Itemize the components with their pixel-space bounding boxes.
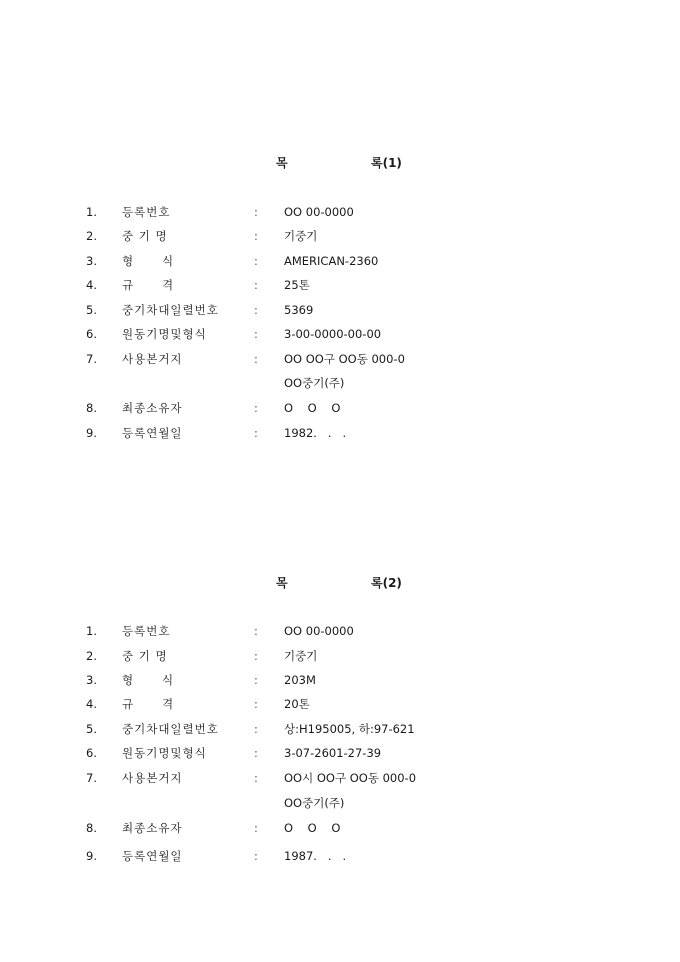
list-item: 5. 중기차대일렬번호 : 상:H195005, 하:97-621 [0, 719, 680, 739]
item-value: OO시 OO구 OO동 000-0 [284, 768, 416, 788]
item-number: 2. [86, 646, 97, 666]
item-number: 6. [86, 324, 97, 344]
list-item: 3. 형 식 : AMERICAN-2360 [0, 251, 680, 271]
list-item: 2. 중 기 명 : 기중기 [0, 646, 680, 666]
item-value: AMERICAN-2360 [284, 251, 378, 271]
item-value: O O O [284, 818, 340, 838]
colon: : [254, 300, 258, 320]
item-label: 원동기명및형식 [122, 743, 207, 763]
item-value: 203M [284, 670, 316, 690]
item-value: 20톤 [284, 694, 310, 714]
item-value-line2: OO중기(주) [284, 373, 344, 393]
item-value: OO 00-0000 [284, 621, 354, 641]
item-number: 7. [86, 349, 97, 369]
item-number: 2. [86, 226, 97, 246]
list-item: 4. 규 격 : 20톤 [0, 694, 680, 714]
list-item: 9. 등록연월일 : 1987. . . [0, 846, 680, 866]
colon: : [254, 743, 258, 763]
item-number: 1. [86, 202, 97, 222]
item-number: 9. [86, 423, 97, 443]
list-item: 7. 사용본거지 : OO시 OO구 OO동 000-0 [0, 768, 680, 788]
item-number: 4. [86, 694, 97, 714]
colon: : [254, 818, 258, 838]
list-item: 7. 사용본거지 : OO OO구 OO동 000-0 [0, 349, 680, 369]
item-label: 최종소유자 [122, 398, 183, 418]
colon: : [254, 621, 258, 641]
item-value: 5369 [284, 300, 313, 320]
item-label: 형 식 [122, 251, 174, 271]
item-label: 등록번호 [122, 621, 170, 641]
colon: : [254, 251, 258, 271]
item-label: 규 격 [122, 694, 174, 714]
item-label: 등록번호 [122, 202, 170, 222]
colon: : [254, 324, 258, 344]
item-value: 기중기 [284, 226, 317, 246]
colon: : [254, 646, 258, 666]
list-item: 6. 원동기명및형식 : 3-07-2601-27-39 [0, 743, 680, 763]
item-label: 등록연월일 [122, 423, 183, 443]
item-label: 규 격 [122, 275, 174, 295]
item-label: 사용본거지 [122, 349, 183, 369]
colon: : [254, 349, 258, 369]
list-item: 5. 중기차대일렬번호 : 5369 [0, 300, 680, 320]
list-item: 6. 원동기명및형식 : 3-00-0000-00-00 [0, 324, 680, 344]
title-left: 목 [276, 574, 288, 591]
item-value: O O O [284, 398, 340, 418]
colon: : [254, 768, 258, 788]
colon: : [254, 846, 258, 866]
list-item: 4. 규 격 : 25톤 [0, 275, 680, 295]
item-value: OO 00-0000 [284, 202, 354, 222]
item-value: 1987. . . [284, 846, 346, 866]
item-value: 25톤 [284, 275, 310, 295]
list-item: 8. 최종소유자 : O O O [0, 818, 680, 838]
item-label: 최종소유자 [122, 818, 183, 838]
item-label: 사용본거지 [122, 768, 183, 788]
item-number: 3. [86, 251, 97, 271]
item-number: 8. [86, 818, 97, 838]
item-label: 중 기 명 [122, 646, 168, 666]
title-right: 록(2) [371, 574, 402, 591]
item-label: 등록연월일 [122, 846, 183, 866]
item-value: 상:H195005, 하:97-621 [284, 719, 415, 739]
item-value: 기중기 [284, 646, 317, 666]
list-item: 9. 등록연월일 : 1982. . . [0, 423, 680, 443]
item-label: 형 식 [122, 670, 174, 690]
list-item: 3. 형 식 : 203M [0, 670, 680, 690]
item-value: 1982. . . [284, 423, 346, 443]
item-value: OO OO구 OO동 000-0 [284, 349, 405, 369]
colon: : [254, 226, 258, 246]
item-value: 3-07-2601-27-39 [284, 743, 381, 763]
colon: : [254, 202, 258, 222]
item-number: 4. [86, 275, 97, 295]
item-number: 3. [86, 670, 97, 690]
colon: : [254, 398, 258, 418]
list-item-continuation: OO중기(주) [0, 793, 680, 813]
item-number: 5. [86, 719, 97, 739]
list-item: 8. 최종소유자 : O O O [0, 398, 680, 418]
list-item: 1. 등록번호 : OO 00-0000 [0, 621, 680, 641]
item-number: 7. [86, 768, 97, 788]
item-label: 중 기 명 [122, 226, 168, 246]
item-label: 중기차대일렬번호 [122, 719, 219, 739]
item-value-line2: OO중기(주) [284, 793, 344, 813]
colon: : [254, 423, 258, 443]
item-number: 8. [86, 398, 97, 418]
item-number: 5. [86, 300, 97, 320]
list-item-continuation: OO중기(주) [0, 373, 680, 393]
colon: : [254, 275, 258, 295]
colon: : [254, 694, 258, 714]
colon: : [254, 719, 258, 739]
item-label: 중기차대일렬번호 [122, 300, 219, 320]
list-item: 2. 중 기 명 : 기중기 [0, 226, 680, 246]
item-number: 1. [86, 621, 97, 641]
colon: : [254, 670, 258, 690]
item-label: 원동기명및형식 [122, 324, 207, 344]
title-left: 목 [276, 154, 288, 171]
item-number: 9. [86, 846, 97, 866]
item-number: 6. [86, 743, 97, 763]
list-item: 1. 등록번호 : OO 00-0000 [0, 202, 680, 222]
title-right: 록(1) [371, 154, 402, 171]
item-value: 3-00-0000-00-00 [284, 324, 381, 344]
